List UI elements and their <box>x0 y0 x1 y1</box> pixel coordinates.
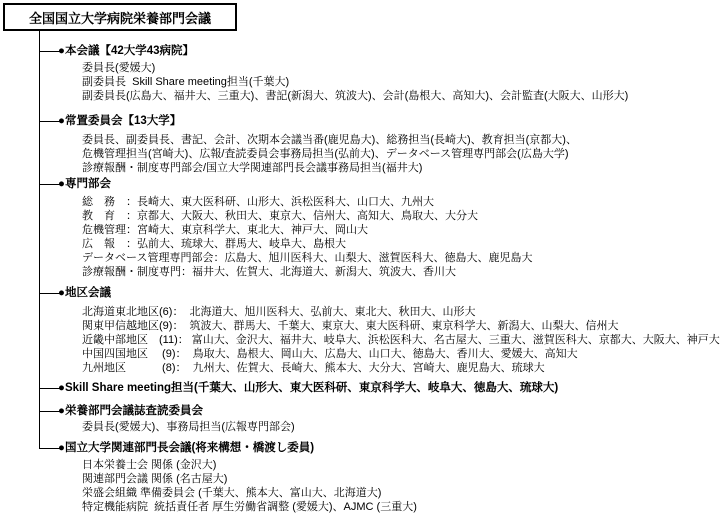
member-line: データベース管理専門部会：広島大、旭川医科大、山梨大、滋賀医科大、徳島大、鹿児島… <box>82 251 720 265</box>
tree-trunk-line <box>39 31 40 448</box>
section-heading: ●常置委員会【13大学】 <box>58 114 720 128</box>
section-body: 総 務 ：長崎大、東大医科研、山形大、浜松医科大、山口大、九州大 教 育 ：京都… <box>82 195 720 279</box>
tree-branch <box>39 388 60 389</box>
section-body: 日本栄養士会 関係 (金沢大) 関連部門会議 関係 (名古屋大) 栄盛会組織 準… <box>82 458 720 513</box>
section-heading: ●Skill Share meeting担当(千葉大、山形大、東大医科研、東京科… <box>58 381 720 395</box>
member-line: 特定機能病院 統括責任者 厚生労働省調整 (愛媛大)、AJMC (三重大) <box>82 500 720 513</box>
member-line: 中国四国地区 (9)： 鳥取大、島根大、岡山大、広島大、山口大、徳島大、香川大、… <box>82 347 720 361</box>
section-body: 北海道東北地区(6)： 北海道大、旭川医科大、弘前大、東北大、秋田大、山形大 関… <box>82 305 720 375</box>
section-main-meeting: ●本会議【42大学43病院】 委員長(愛媛大) 副委員長 Skill Share… <box>58 44 720 103</box>
member-line: 副委員長 Skill Share meeting担当(千葉大) <box>82 75 720 89</box>
member-line: 日本栄養士会 関係 (金沢大) <box>82 458 720 472</box>
section-heading: ●専門部会 <box>58 177 720 191</box>
page-title: 全国国立大学病院栄養部門会議 <box>29 8 211 27</box>
section-heading: ●本会議【42大学43病院】 <box>58 44 720 58</box>
tree-branch <box>39 121 60 122</box>
tree-branch <box>39 51 60 52</box>
member-line: 副委員長(広島大、福井大、三重大)、書記(新潟大、筑波大)、会計(島根大、高知大… <box>82 89 720 103</box>
section-journal-review-committee: ●栄養部門会議誌査読委員会 委員長(愛媛大)、事務局担当(広報専門部会) <box>58 404 720 434</box>
member-line: 近畿中部地区 (11)： 富山大、金沢大、福井大、岐阜大、浜松医科大、名古屋大、… <box>82 333 720 347</box>
member-line: 総 務 ：長崎大、東大医科研、山形大、浜松医科大、山口大、九州大 <box>82 195 720 209</box>
member-line: 北海道東北地区(6)： 北海道大、旭川医科大、弘前大、東北大、秋田大、山形大 <box>82 305 720 319</box>
member-line: 関連部門会議 関係 (名古屋大) <box>82 472 720 486</box>
member-line: 診療報酬・制度専門：福井大、佐賀大、北海道大、新潟大、筑波大、香川大 <box>82 265 720 279</box>
section-heading: ●栄養部門会議誌査読委員会 <box>58 404 720 418</box>
member-line: 危機管理担当(宮崎大)、広報/査読委員会事務局担当(弘前大)、データベース管理専… <box>82 147 720 161</box>
member-line: 教 育 ：京都大、大阪大、秋田大、東京大、信州大、高知大、鳥取大、大分大 <box>82 209 720 223</box>
section-skill-share: ●Skill Share meeting担当(千葉大、山形大、東大医科研、東京科… <box>58 381 720 395</box>
tree-branch <box>39 448 60 449</box>
member-line: 委員長(愛媛大)、事務局担当(広報専門部会) <box>82 420 720 434</box>
section-standing-committee: ●常置委員会【13大学】 委員長、副委員長、書記、会計、次期本会議当番(鹿児島大… <box>58 114 720 175</box>
member-line: 委員長(愛媛大) <box>82 61 720 75</box>
section-body: 委員長(愛媛大) 副委員長 Skill Share meeting担当(千葉大)… <box>82 61 720 103</box>
section-specialist-subcommittees: ●専門部会 総 務 ：長崎大、東大医科研、山形大、浜松医科大、山口大、九州大 教… <box>58 177 720 279</box>
section-related-division-heads: ●国立大学関連部門長会議(将来構想・橋渡し委員) 日本栄養士会 関係 (金沢大)… <box>58 441 720 513</box>
org-chart-page: { "title": "全国国立大学病院栄養部門会議", "colors": {… <box>0 0 720 513</box>
member-line: 危機管理：宮崎大、東京科学大、東北大、神戸大、岡山大 <box>82 223 720 237</box>
section-body: 委員長、副委員長、書記、会計、次期本会議当番(鹿児島大)、総務担当(長崎大)、教… <box>82 133 720 175</box>
section-heading: ●地区会議 <box>58 286 720 300</box>
tree-branch <box>39 293 60 294</box>
member-line: 九州地区 (8)： 九州大、佐賀大、長崎大、熊本大、大分大、宮崎大、鹿児島大、琉… <box>82 361 720 375</box>
member-line: 関東甲信越地区(9)： 筑波大、群馬大、千葉大、東京大、東大医科研、東京科学大、… <box>82 319 720 333</box>
tree-branch <box>39 411 60 412</box>
section-regional-meetings: ●地区会議 北海道東北地区(6)： 北海道大、旭川医科大、弘前大、東北大、秋田大… <box>58 286 720 375</box>
section-body: 委員長(愛媛大)、事務局担当(広報専門部会) <box>82 420 720 434</box>
member-line: 診療報酬・制度専門部会/国立大学関連部門長会議事務局担当(福井大) <box>82 161 720 175</box>
member-line: 委員長、副委員長、書記、会計、次期本会議当番(鹿児島大)、総務担当(長崎大)、教… <box>82 133 720 147</box>
org-title-box: 全国国立大学病院栄養部門会議 <box>3 3 237 31</box>
tree-branch <box>39 184 60 185</box>
section-heading: ●国立大学関連部門長会議(将来構想・橋渡し委員) <box>58 441 720 455</box>
member-line: 栄盛会組織 準備委員会 (千葉大、熊本大、富山大、北海道大) <box>82 486 720 500</box>
member-line: 広 報 ：弘前大、琉球大、群馬大、岐阜大、島根大 <box>82 237 720 251</box>
